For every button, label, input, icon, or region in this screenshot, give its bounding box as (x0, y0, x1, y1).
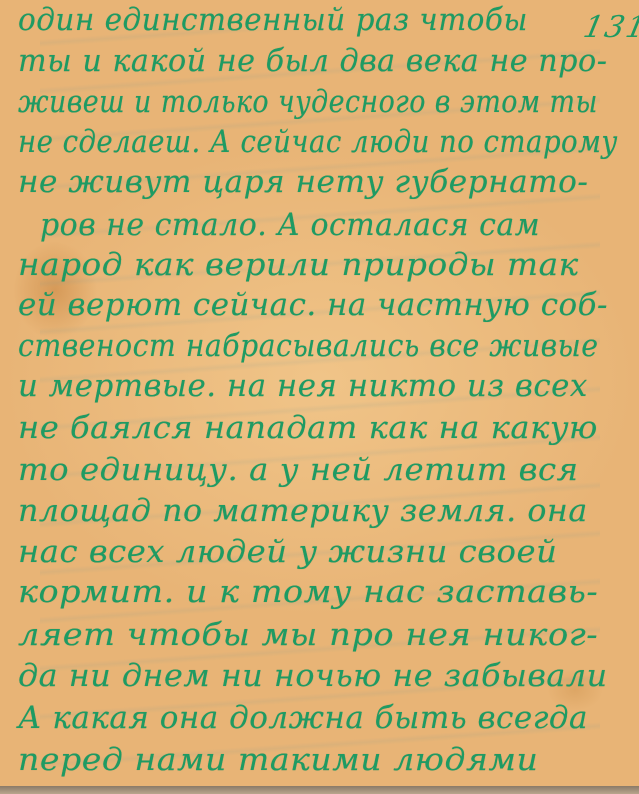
page-bottom-edge (0, 786, 639, 794)
text-line: ственост набрасывались все живые (18, 328, 598, 364)
text-line: не баялся нападат как на какую (18, 410, 598, 446)
text-line: да ни днем ни ночью не забывали (18, 658, 608, 694)
text-line: не живут царя нету губернато- (18, 164, 588, 200)
text-line: ляет чтобы мы про нея никог- (18, 617, 598, 653)
text-line: не сделаеш. А сейчас люди по старому (18, 124, 618, 160)
text-line: ей верют сейчас. на частную соб- (18, 287, 608, 323)
text-line: то единицу. а у ней летит вся (18, 452, 579, 488)
text-line: площад по материку земля. она (18, 493, 588, 529)
text-line: ров не стало. А осталася сам (40, 207, 540, 243)
text-line: ты и какой не был два века не про- (18, 43, 607, 79)
text-line: и мертвые. на нея никто из всех (18, 368, 588, 404)
page-number: 131 (580, 10, 639, 45)
text-line: нас всех людей у жизни своей (18, 534, 557, 570)
notebook-page: 131 один единственный раз чтобы ты и как… (0, 0, 639, 786)
text-line: живеш и только чудесного в этом ты (18, 84, 598, 120)
text-line: один единственный раз чтобы (18, 2, 528, 38)
text-line: А какая она должна быть всегда (18, 700, 588, 736)
text-line: кормит. и к тому нас заставь- (18, 574, 598, 610)
text-line: перед нами такими людями (18, 742, 538, 778)
text-line: народ как верили природы так (18, 247, 579, 283)
